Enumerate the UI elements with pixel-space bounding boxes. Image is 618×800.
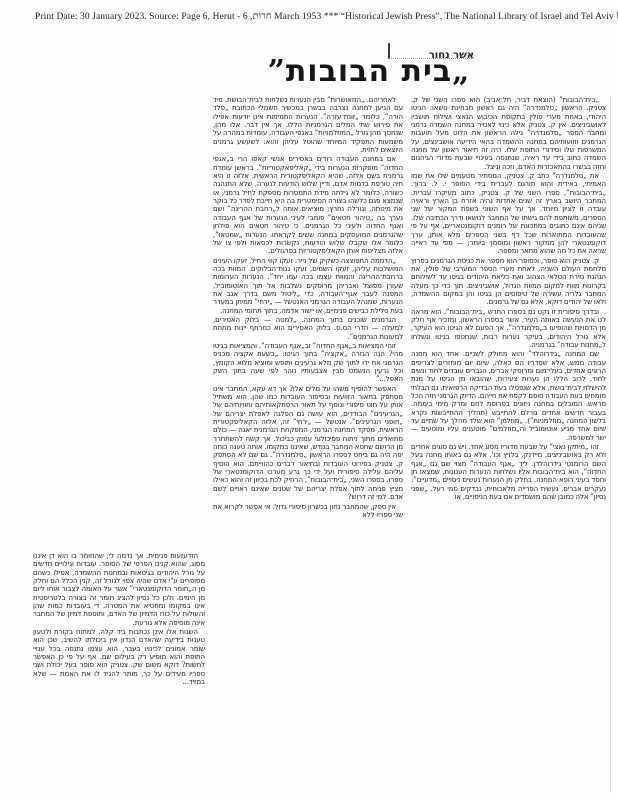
article-paragraph: אין ספק, שהמחבר נחון בכשרון סיפורי גדול.… [213,503,403,520]
article-paragraph: אם במחנה העבודה רודים באסירים אנשי קאפו … [213,155,403,255]
column-rule [610,96,611,792]
article-paragraph: שם המחנה „גידרוהלד” והוא מחולק לשניים. א… [411,350,606,442]
newspaper-page: Print Date: 30 January 2023. Source: Pag… [0,0,618,800]
article-column-left: הזדעזעות פנימית. אך נדמה לי, שהחומר בו ה… [33,552,205,796]
article-paragraph: „בית־הבובות” (הוצאת דביר, תל־אביב) הוא ס… [411,96,606,171]
article-paragraph: זהו „מיתקן נאצי” על שבעת מדוריו מסוג אחד… [411,443,606,501]
article-paragraph: הגרמנים שוכנים בתוך המחנה. „למטה — בלוק … [213,316,403,341]
article-paragraph: „הדממה התפוצצה כשקיק של נייר: זעקו קווי … [213,257,403,315]
article-paragraph: זוהי המציאות ב„אגף החדוה” וב„אגף העבודה”… [213,342,403,384]
article-title: „בית הבובות” [228,50,510,94]
article-column-middle: לאחריהם. „המאושרות” מבין הנערות נשלחות ל… [213,96,403,796]
print-metadata-header: Print Date: 30 January 2023. Source: Pag… [35,12,595,22]
article-paragraph: את „סלמנדרה” כתב ק. צטניק, המסתיר מטעמים… [411,172,606,255]
article-column-right: „בית־הבובות” (הוצאת דביר, תל־אביב) הוא ס… [411,96,606,796]
article-paragraph: השגות אלו אינן נכתבות ביד קלה. למתוח בקו… [33,628,205,686]
article-paragraph: האפשר להוסיף משהו על מלים אלו? אך דא עקא… [213,385,403,502]
article-paragraph: ק. צטניק הוא סופר, וכסופר הוא מספר את כנ… [411,257,606,307]
article-paragraph: לאחריהם. „המאושרות” מבין הנערות נשלחות ל… [213,96,403,154]
article-paragraph: ובדרך סיפורית זו נקט גם בספרו החדש „בית־… [411,308,606,350]
article-paragraph: הזדעזעות פנימית. אך נדמה לי, שהחומר בו ה… [33,552,205,627]
